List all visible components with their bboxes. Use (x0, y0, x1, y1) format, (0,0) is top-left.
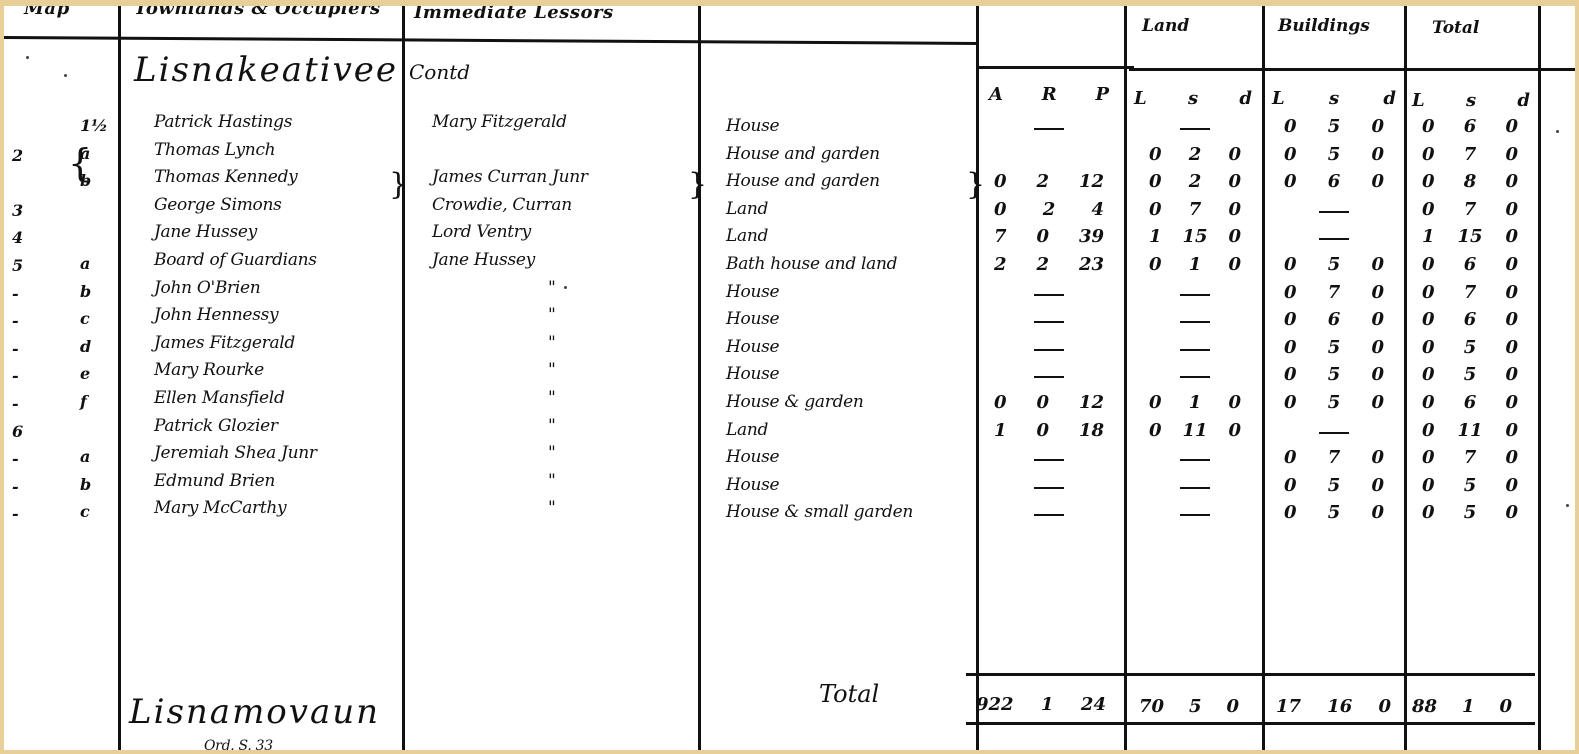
area-arp-dash (1034, 321, 1064, 323)
occupier-name: Patrick Glozier (154, 416, 278, 436)
buildings-value-part: 0 (1371, 171, 1384, 192)
land-value-part: 0 (1149, 171, 1162, 192)
area-arp-dash (1034, 487, 1064, 489)
occupier-name: James Fitzgerald (154, 333, 295, 353)
map-sub-letter: a (80, 254, 90, 273)
land-value-dash (1180, 376, 1210, 378)
land-value: 010 (1149, 254, 1241, 275)
area-arp-dash (1034, 128, 1064, 130)
buildings-value-part: 0 (1284, 309, 1297, 330)
buildings-value-part: 0 (1371, 116, 1384, 137)
buildings-value-part: 7 (1328, 447, 1341, 468)
buildings-value-part: 0 (1284, 144, 1297, 165)
total-value: 060 (1422, 254, 1518, 275)
area-arp-part: 7 (994, 226, 1007, 247)
occupier-name: Jane Hussey (154, 222, 257, 242)
buildings-value: 050 (1284, 392, 1384, 413)
total-rule-top (966, 673, 1535, 676)
total-value-part: 0 (1505, 392, 1518, 413)
total-value-part: 7 (1464, 199, 1477, 220)
immediate-lessor: " (548, 388, 556, 408)
land-value: 0110 (1149, 420, 1241, 441)
total-value-part: 0 (1422, 282, 1435, 303)
holding-description: House (726, 447, 779, 467)
total-value-part: 0 (1422, 116, 1435, 137)
land-value-part: 0 (1228, 144, 1241, 165)
total-value-part: 0 (1505, 420, 1518, 441)
total-value-part: 7 (1464, 144, 1477, 165)
total-value-part: 7 (1464, 447, 1477, 468)
holding-description: Bath house and land (726, 254, 897, 274)
map-number: - (12, 284, 19, 303)
total-value-part: 0 (1505, 475, 1518, 496)
total-value: 050 (1422, 475, 1518, 496)
header-immediate-lessors: Immediate Lessors (414, 2, 614, 23)
total-value-part: 0 (1505, 364, 1518, 385)
occupier-name: Board of Guardians (154, 250, 317, 270)
holding-description: House and garden (726, 171, 880, 191)
buildings-value-part: 0 (1371, 282, 1384, 303)
immediate-lessor: " (548, 278, 556, 298)
map-sub-letter: a (80, 447, 90, 466)
buildings-value-part: 0 (1284, 392, 1297, 413)
area-arp-part: 1 (994, 420, 1007, 441)
area-arp-part: 2 (1036, 254, 1049, 275)
area-arp-part: 0 (1036, 392, 1049, 413)
land-value-part: 0 (1228, 392, 1241, 413)
area-arp-part: 12 (1079, 171, 1104, 192)
immediate-lessor: Mary Fitzgerald (432, 112, 567, 132)
buildings-value: 050 (1284, 116, 1384, 137)
land-value-part: 0 (1228, 171, 1241, 192)
holding-description: Land (726, 420, 768, 440)
land-value-part: 0 (1228, 226, 1241, 247)
buildings-value-part: 5 (1328, 337, 1341, 358)
scan-speck (1556, 130, 1559, 133)
map-number: - (12, 394, 19, 413)
total-value-part: 0 (1505, 199, 1518, 220)
buildings-value: 050 (1284, 364, 1384, 385)
land-value-part: 15 (1182, 226, 1207, 247)
buildings-value-part: 0 (1371, 502, 1384, 523)
area-arp-part: 2 (1043, 199, 1056, 220)
buildings-value-part: 0 (1284, 116, 1297, 137)
map-sub-letter: a (80, 144, 90, 163)
total-value-part: 0 (1505, 447, 1518, 468)
buildings-value-dash (1319, 238, 1349, 240)
buildings-value: 050 (1284, 337, 1384, 358)
total-value-part: 0 (1422, 420, 1435, 441)
buildings-value-part: 7 (1328, 282, 1341, 303)
land-value-part: 0 (1149, 420, 1162, 441)
land-value-part: 2 (1189, 144, 1202, 165)
area-arp-part: 2 (994, 254, 1007, 275)
buildings-value-part: 0 (1371, 475, 1384, 496)
area-arp-part: 4 (1091, 199, 1104, 220)
buildings-value-part: 0 (1371, 447, 1384, 468)
immediate-lessor: " (548, 333, 556, 353)
scan-frame: Map Townlands & Occupiers Immediate Less… (0, 0, 1579, 754)
holding-description: House (726, 309, 779, 329)
holding-description: House (726, 337, 779, 357)
total-value-part: 0 (1505, 144, 1518, 165)
area-arp: 7039 (994, 226, 1104, 247)
immediate-lessor: " (548, 416, 556, 436)
immediate-lessor: Lord Ventry (432, 222, 531, 242)
occupier-name: George Simons (154, 195, 282, 215)
holding-description: Land (726, 226, 768, 246)
buildings-value-part: 5 (1328, 254, 1341, 275)
total-value-part: 0 (1422, 447, 1435, 468)
continued-label: Contd (409, 60, 470, 84)
map-number: 6 (12, 422, 23, 441)
total-value: 070 (1422, 447, 1518, 468)
map-sub-letter: b (80, 282, 91, 301)
header-land: Land (1142, 16, 1189, 36)
map-number: 3 (12, 201, 23, 220)
buildings-value-dash (1319, 432, 1349, 434)
townland-2-caption: Ord. S. 33 (204, 738, 273, 754)
total-value-part: 6 (1464, 392, 1477, 413)
total-value-part: 6 (1464, 116, 1477, 137)
land-value-part: 0 (1149, 144, 1162, 165)
area-arp-part: 0 (994, 392, 1007, 413)
buildings-value: 070 (1284, 282, 1384, 303)
map-sub-letter: 1½ (80, 116, 108, 135)
land-value-part: 7 (1189, 199, 1202, 220)
total-value: 060 (1422, 309, 1518, 330)
total-total: 88 1 0 (1412, 696, 1512, 717)
units-buildings: L s d (1272, 88, 1396, 109)
buildings-value: 050 (1284, 502, 1384, 523)
map-number: - (12, 449, 19, 468)
occupier-name: Edmund Brien (154, 471, 275, 491)
total-value-part: 0 (1422, 475, 1435, 496)
total-value-part: 0 (1505, 254, 1518, 275)
immediate-lessor: " (548, 471, 556, 491)
header-rule-values (1129, 68, 1575, 71)
buildings-value-part: 5 (1328, 475, 1341, 496)
land-value-part: 1 (1149, 226, 1162, 247)
total-land: 70 5 0 (1139, 696, 1239, 717)
land-value: 020 (1149, 171, 1241, 192)
total-value-part: 1 (1422, 226, 1435, 247)
townland-heading-2: Lisnamovaun (129, 692, 380, 732)
holding-description: House & garden (726, 392, 864, 412)
map-number: - (12, 366, 19, 385)
buildings-value-dash (1319, 211, 1349, 213)
buildings-value-part: 0 (1284, 502, 1297, 523)
total-value-part: 0 (1422, 364, 1435, 385)
total-value-part: 0 (1422, 309, 1435, 330)
area-arp-part: 2 (1036, 171, 1049, 192)
immediate-lessor: James Curran Junr (432, 167, 588, 187)
map-number: - (12, 504, 19, 523)
buildings-value: 070 (1284, 447, 1384, 468)
land-value-part: 0 (1228, 199, 1241, 220)
header-map: Map (24, 0, 70, 19)
total-value-part: 0 (1422, 502, 1435, 523)
land-value: 010 (1149, 392, 1241, 413)
land-value-dash (1180, 349, 1210, 351)
area-arp-dash (1034, 376, 1064, 378)
map-sub-letter: e (80, 364, 90, 383)
header-rule-area (979, 66, 1134, 69)
total-value-part: 0 (1505, 337, 1518, 358)
buildings-value-part: 5 (1328, 116, 1341, 137)
buildings-value-part: 0 (1371, 309, 1384, 330)
buildings-value-part: 0 (1371, 254, 1384, 275)
occupier-name: Thomas Lynch (154, 140, 275, 160)
buildings-value-part: 0 (1284, 337, 1297, 358)
total-value-part: 0 (1505, 116, 1518, 137)
buildings-value-part: 0 (1371, 144, 1384, 165)
area-arp-part: 0 (994, 171, 1007, 192)
map-number: - (12, 339, 19, 358)
land-value: 070 (1149, 199, 1241, 220)
area-arp-part: 0 (1036, 226, 1049, 247)
scan-speck (564, 286, 567, 289)
total-value-part: 0 (1422, 144, 1435, 165)
land-value-dash (1180, 514, 1210, 516)
header-townlands-occupiers: Townlands & Occupiers (134, 0, 381, 19)
area-arp-dash (1034, 294, 1064, 296)
total-value: 070 (1422, 199, 1518, 220)
townland-heading-1: Lisnakeativee (134, 50, 398, 90)
land-value-dash (1180, 294, 1210, 296)
buildings-value: 060 (1284, 309, 1384, 330)
total-value-part: 8 (1464, 171, 1477, 192)
total-value: 050 (1422, 364, 1518, 385)
land-value-part: 0 (1228, 420, 1241, 441)
land-value-dash (1180, 321, 1210, 323)
area-arp-part: 12 (1079, 392, 1104, 413)
land-value-part: 0 (1149, 392, 1162, 413)
map-number: 2 (12, 146, 23, 165)
total-value-part: 0 (1505, 502, 1518, 523)
total-value-part: 5 (1464, 337, 1477, 358)
holding-description: House (726, 116, 779, 136)
total-value-part: 5 (1464, 364, 1477, 385)
holding-description: House & small garden (726, 502, 913, 522)
map-sub-letter: d (80, 337, 91, 356)
immediate-lessor: " (548, 360, 556, 380)
total-value: 050 (1422, 337, 1518, 358)
map-number: 4 (12, 228, 23, 247)
buildings-value-part: 5 (1328, 502, 1341, 523)
land-value-dash (1180, 459, 1210, 461)
land-value-part: 0 (1149, 199, 1162, 220)
units-total: L s d (1412, 90, 1530, 111)
ledger-page: Map Townlands & Occupiers Immediate Less… (4, 6, 1575, 750)
area-arp-dash (1034, 349, 1064, 351)
header-rule-left (4, 36, 979, 45)
area-arp-part: 23 (1079, 254, 1104, 275)
total-value-part: 0 (1505, 309, 1518, 330)
area-arp-part: 0 (994, 199, 1007, 220)
total-value: 0110 (1422, 420, 1518, 441)
land-value-part: 1 (1189, 392, 1202, 413)
map-sub-letter: c (80, 502, 90, 521)
total-value: 070 (1422, 282, 1518, 303)
total-value-part: 0 (1422, 171, 1435, 192)
holding-description: Land (726, 199, 768, 219)
occupier-name: Ellen Mansfield (154, 388, 285, 408)
units-land: L s d (1134, 88, 1252, 109)
scan-speck (26, 56, 29, 59)
land-value-part: 1 (1189, 254, 1202, 275)
header-buildings: Buildings (1278, 16, 1370, 36)
area-arp-dash (1034, 459, 1064, 461)
immediate-lessor: Jane Hussey (432, 250, 535, 270)
area-arp-part: 0 (1036, 420, 1049, 441)
total-value: 060 (1422, 116, 1518, 137)
map-number: - (12, 477, 19, 496)
buildings-value-part: 5 (1328, 392, 1341, 413)
buildings-value-part: 0 (1371, 364, 1384, 385)
scan-speck (1566, 504, 1569, 507)
immediate-lessor: " (548, 443, 556, 463)
buildings-value-part: 0 (1284, 447, 1297, 468)
total-value: 080 (1422, 171, 1518, 192)
land-value-part: 0 (1149, 254, 1162, 275)
immediate-lessor: Crowdie, Curran (432, 195, 572, 215)
holding-description: House and garden (726, 144, 880, 164)
area-arp: 0212 (994, 171, 1104, 192)
total-value-part: 6 (1464, 309, 1477, 330)
buildings-value-part: 0 (1371, 337, 1384, 358)
total-value-part: 0 (1422, 254, 1435, 275)
total-value-part: 0 (1422, 337, 1435, 358)
area-arp: 1018 (994, 420, 1104, 441)
holding-description: House (726, 282, 779, 302)
buildings-value-part: 0 (1284, 475, 1297, 496)
total-value: 070 (1422, 144, 1518, 165)
land-value-part: 0 (1228, 254, 1241, 275)
total-value-part: 0 (1422, 392, 1435, 413)
total-value-part: 0 (1422, 199, 1435, 220)
buildings-value-part: 6 (1328, 171, 1341, 192)
buildings-value: 060 (1284, 171, 1384, 192)
buildings-value-part: 0 (1284, 282, 1297, 303)
holding-description: House (726, 475, 779, 495)
total-value-part: 0 (1505, 226, 1518, 247)
buildings-value: 050 (1284, 254, 1384, 275)
buildings-value-part: 0 (1284, 254, 1297, 275)
immediate-lessor: " (548, 498, 556, 518)
map-number: 5 (12, 256, 23, 275)
buildings-value-part: 5 (1328, 364, 1341, 385)
scan-speck (64, 74, 67, 77)
occupier-name: Jeremiah Shea Junr (154, 443, 317, 463)
buildings-value: 050 (1284, 475, 1384, 496)
land-value-dash (1180, 487, 1210, 489)
total-value-part: 7 (1464, 282, 1477, 303)
total-value-part: 0 (1505, 282, 1518, 303)
area-arp: 0012 (994, 392, 1104, 413)
occupier-name: Patrick Hastings (154, 112, 292, 132)
map-sub-letter: c (80, 309, 90, 328)
land-value-part: 2 (1189, 171, 1202, 192)
land-value: 020 (1149, 144, 1241, 165)
total-value-part: 5 (1464, 502, 1477, 523)
immediate-lessor: " (548, 305, 556, 325)
buildings-value-part: 6 (1328, 309, 1341, 330)
total-value-part: 11 (1457, 420, 1482, 441)
total-buildings: 17 16 0 (1276, 696, 1391, 717)
occupier-name: John O'Brien (154, 278, 260, 298)
land-value-dash (1180, 128, 1210, 130)
units-area: A R P (989, 84, 1109, 105)
area-arp: 2223 (994, 254, 1104, 275)
total-value: 1150 (1422, 226, 1518, 247)
map-sub-letter: b (80, 475, 91, 494)
total-value: 060 (1422, 392, 1518, 413)
total-value: 050 (1422, 502, 1518, 523)
land-value: 1150 (1149, 226, 1241, 247)
holding-description: House (726, 364, 779, 384)
occupier-name: John Hennessy (154, 305, 278, 325)
area-arp-part: 18 (1079, 420, 1104, 441)
map-sub-letter: f (80, 392, 87, 411)
buildings-value: 050 (1284, 144, 1384, 165)
header-total: Total (1432, 18, 1479, 38)
total-value-part: 6 (1464, 254, 1477, 275)
total-value-part: 0 (1505, 171, 1518, 192)
buildings-value-part: 5 (1328, 144, 1341, 165)
total-label: Total (819, 680, 879, 708)
buildings-value-part: 0 (1284, 364, 1297, 385)
total-area: 922 1 24 (976, 694, 1106, 715)
map-number: - (12, 311, 19, 330)
occupier-name: Mary McCarthy (154, 498, 286, 518)
total-rule-bottom (966, 722, 1535, 725)
area-arp: 024 (994, 199, 1104, 220)
land-value-part: 11 (1182, 420, 1207, 441)
total-value-part: 15 (1457, 226, 1482, 247)
area-arp-part: 39 (1079, 226, 1104, 247)
occupier-name: Thomas Kennedy (154, 167, 297, 187)
map-sub-letter: b (80, 171, 91, 190)
buildings-value-part: 0 (1284, 171, 1297, 192)
area-arp-dash (1034, 514, 1064, 516)
occupier-name: Mary Rourke (154, 360, 264, 380)
buildings-value-part: 0 (1371, 392, 1384, 413)
total-value-part: 5 (1464, 475, 1477, 496)
